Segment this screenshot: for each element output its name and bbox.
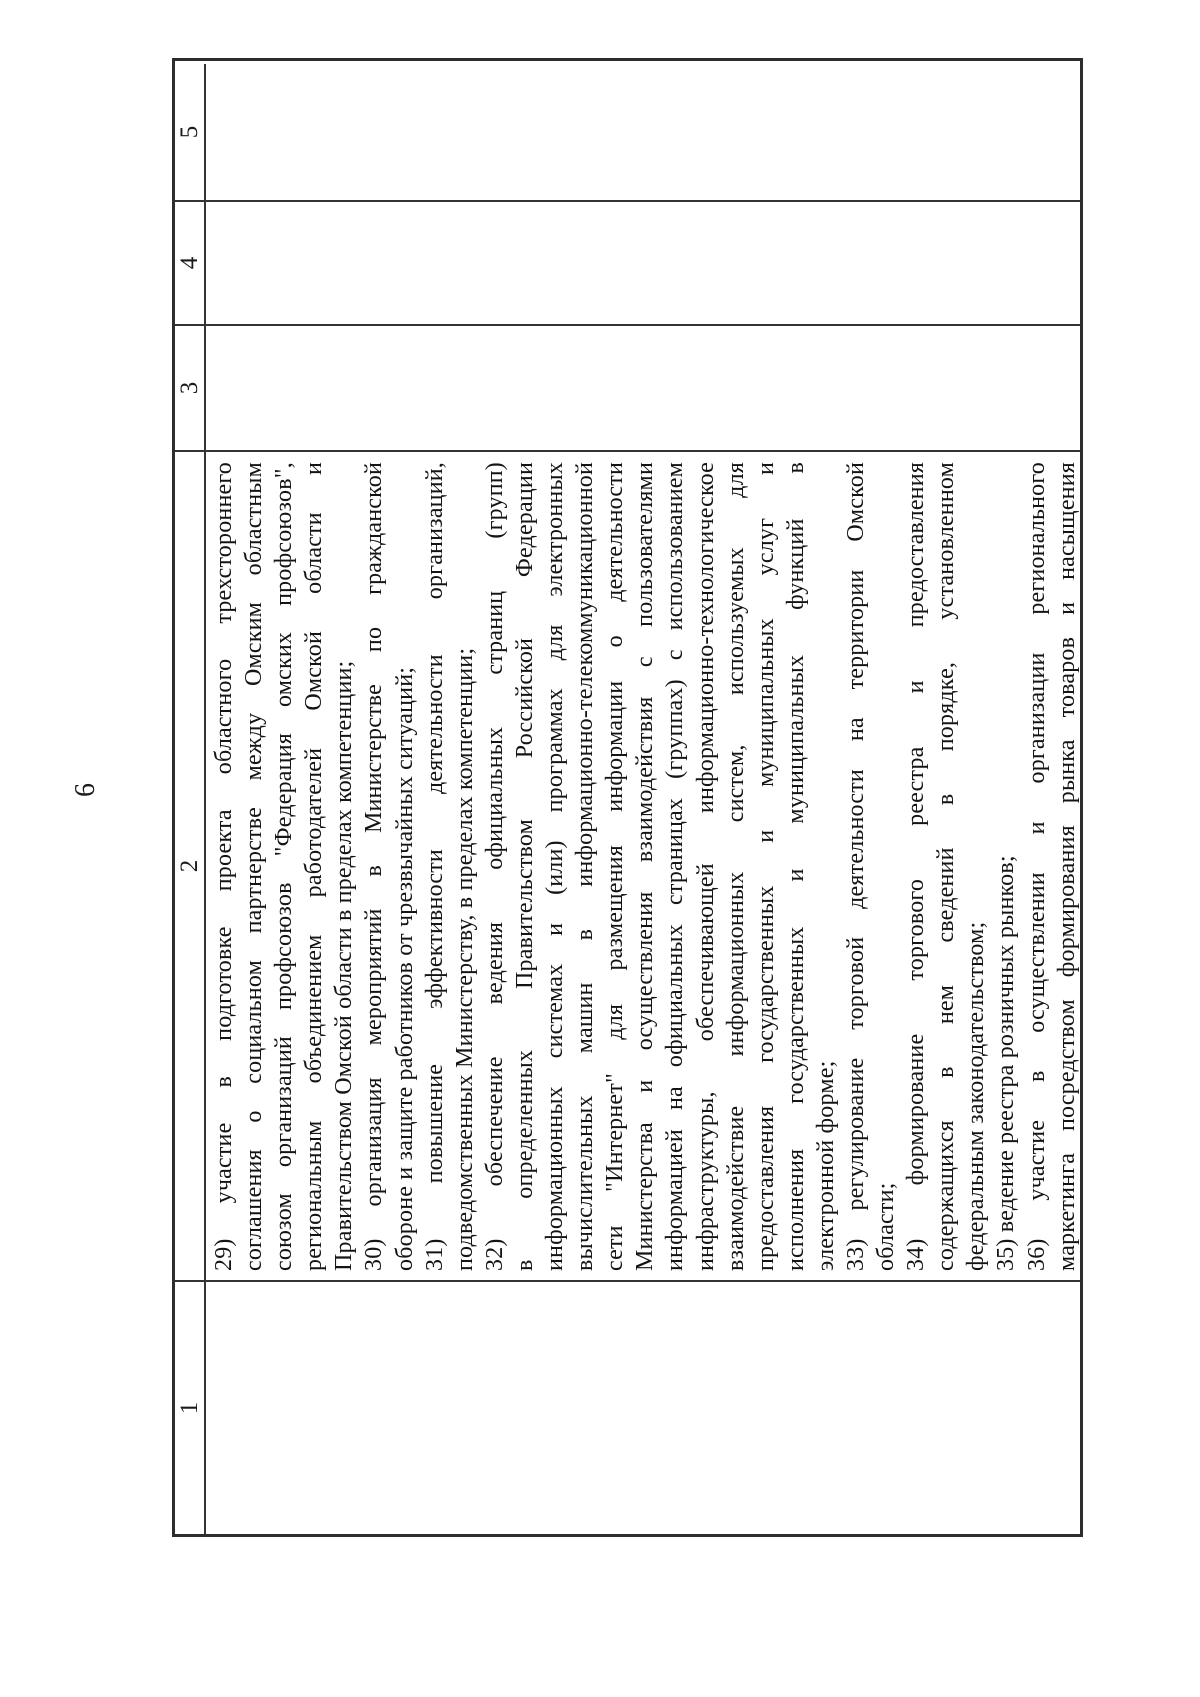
text-line-3: союзом организаций профсоюзов "Федерация… <box>269 462 299 1271</box>
text-line-27: 35) ведение реестра розничных рынков; <box>991 462 1021 1271</box>
text-line-26: федеральным законодательством; <box>961 462 991 1271</box>
text-line-12: информационных системах и (или) программ… <box>540 462 570 1271</box>
text-line-9: подведомственных Министерству, в предела… <box>450 462 480 1271</box>
text-line-15: Министерства и осуществления взаимодейст… <box>630 462 660 1271</box>
text-line-21: электронной форме; <box>811 462 841 1271</box>
page-number: 6 <box>70 762 102 818</box>
text-line-7: обороне и защите работников от чрезвычай… <box>390 462 420 1271</box>
table-header-col3: 3 <box>175 324 206 450</box>
text-line-6: 30) организация мероприятий в Министерст… <box>359 462 389 1271</box>
table-header-col1: 1 <box>175 1280 206 1534</box>
text-line-22: 33) регулирование торговой деятельности … <box>841 462 871 1271</box>
text-line-19: предоставления государственных и муницип… <box>751 462 781 1271</box>
scanned-document-page: 6 1 2 3 4 5 29) участие в подготовке про… <box>0 0 1200 1697</box>
table-cell-col4-empty <box>206 200 1080 324</box>
text-line-4: региональным объединением работодателей … <box>299 462 329 1271</box>
text-line-13: вычислительных машин в информационно-тел… <box>570 462 600 1271</box>
text-line-11: в определенных Правительством Российской… <box>510 462 540 1271</box>
text-line-2: соглашения о социальном партнерстве межд… <box>239 462 269 1271</box>
table-header-col5: 5 <box>175 64 206 200</box>
table-header-col2: 2 <box>175 450 206 1280</box>
text-line-28: 36) участие в осуществлении и организаци… <box>1022 462 1052 1271</box>
table-cell-col1-empty <box>206 1280 1080 1534</box>
rotated-document-sheet: 6 1 2 3 4 5 29) участие в подготовке про… <box>0 0 1200 1697</box>
text-line-20: исполнения государственных и муниципальн… <box>781 462 811 1271</box>
text-line-25: содержащихся в нем сведений в порядке, у… <box>931 462 961 1271</box>
powers-table: 1 2 3 4 5 29) участие в подготовке проек… <box>172 58 1083 1537</box>
text-line-17: инфраструктуры, обеспечивающей информаци… <box>691 462 721 1271</box>
text-line-10: 32) обеспечение ведения официальных стра… <box>480 462 510 1271</box>
text-line-23: области; <box>871 462 901 1271</box>
text-line-29: маркетинга посредством формирования рынк… <box>1052 462 1080 1271</box>
text-line-8: 31) повышение эффективности деятельности… <box>420 462 450 1271</box>
text-line-14: сети "Интернет" для размещения информаци… <box>600 462 630 1271</box>
table-header-col4: 4 <box>175 200 206 324</box>
column2-text-block: 29) участие в подготовке проекта областн… <box>209 462 1080 1271</box>
text-line-16: информацией на официальных страницах (гр… <box>660 462 690 1271</box>
text-line-5: Правительством Омской области в пределах… <box>329 462 359 1271</box>
table-cell-col5-empty <box>206 64 1080 200</box>
table-cell-col3-empty <box>206 324 1080 450</box>
text-line-24: 34) формирование торгового реестра и пре… <box>901 462 931 1271</box>
text-line-18: взаимодействие информационных систем, ис… <box>721 462 751 1271</box>
table-cell-col2-text: 29) участие в подготовке проекта областн… <box>206 450 1080 1280</box>
text-line-1: 29) участие в подготовке проекта областн… <box>209 462 239 1271</box>
